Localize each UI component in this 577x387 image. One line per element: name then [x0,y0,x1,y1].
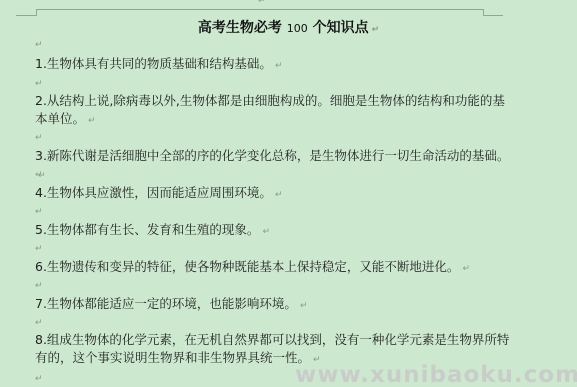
item-text: 7.生物体都能适应一定的环境，也能影响环境。 [35,296,297,311]
knowledge-point-2[interactable]: 2.从结构上说,除病毒以外,生物体都是由细胞构成的。细胞是生物体的结构和功能的基… [35,92,515,130]
item-text: 8.组成生物体的化学元素，在无机自然界都可以找到，没有一种化学元素是生物界所特有… [35,332,509,365]
item-text: 5.生物体都有生长、发育和生殖的现象。 [35,222,259,237]
paragraph-mark: ↵ [262,227,270,237]
title-number: 100 [287,22,308,35]
empty-paragraph: ↵ [35,207,43,217]
document-title[interactable]: 高考生物必考 100 个知识点↵ [0,17,577,37]
header-line-main [36,9,483,10]
paragraph-mark: ↵ [275,61,283,71]
knowledge-point-5[interactable]: 5.生物体都有生长、发育和生殖的现象。↵ [35,221,515,241]
item-text: 3.新陈代谢是活细胞中全部的序的化学变化总称，是生物体进行一切生命活动的基础。 [35,148,509,163]
empty-paragraph: ↵ [35,40,43,50]
header-line-left-stub [16,15,36,16]
paragraph-mark: ↵ [462,264,470,274]
paragraph-mark: ↵ [300,301,308,311]
empty-paragraph: ↵ [35,133,43,143]
knowledge-point-4[interactable]: 4.生物体具应激性，因而能适应周围环境。↵ [35,184,515,204]
empty-paragraph: ↵ [35,281,43,291]
knowledge-point-3[interactable]: 3.新陈代谢是活细胞中全部的序的化学变化总称，是生物体进行一切生命活动的基础。↵ [35,147,515,185]
knowledge-point-6[interactable]: 6.生物遗传和变异的特征，使各物种既能基本上保持稳定，又能不断地进化。↵ [35,258,515,278]
empty-paragraph: ↵ [35,374,43,384]
item-text: 4.生物体具应激性，因而能适应周围环境。 [35,185,272,200]
paragraph-mark: ↵ [372,25,380,35]
paragraph-mark: ↵ [88,116,96,126]
item-text: 1.生物体具有共同的物质基础和结构基础。 [35,56,272,71]
watermark: www.xunibaoku.com [295,362,577,387]
header-line-right-stub [483,15,503,16]
empty-paragraph: ↵ [35,79,43,89]
item-text: 6.生物遗传和变异的特征，使各物种既能基本上保持稳定，又能不断地进化。 [35,259,459,274]
empty-paragraph: ↵ [35,318,43,328]
knowledge-point-7[interactable]: 7.生物体都能适应一定的环境，也能影响环境。↵ [35,295,515,315]
header-line-left-step [36,9,37,16]
item-text: 2.从结构上说,除病毒以外,生物体都是由细胞构成的。细胞是生物体的结构和功能的基… [35,93,505,126]
knowledge-point-1[interactable]: 1.生物体具有共同的物质基础和结构基础。↵ [35,55,515,75]
title-prefix: 高考生物必考 [198,20,282,36]
empty-paragraph: ↵ [35,170,43,180]
paragraph-mark: ↵ [258,0,266,6]
empty-paragraph: ↵ [35,244,43,254]
title-suffix: 个知识点 [313,20,369,36]
paragraph-mark: ↵ [275,190,283,200]
